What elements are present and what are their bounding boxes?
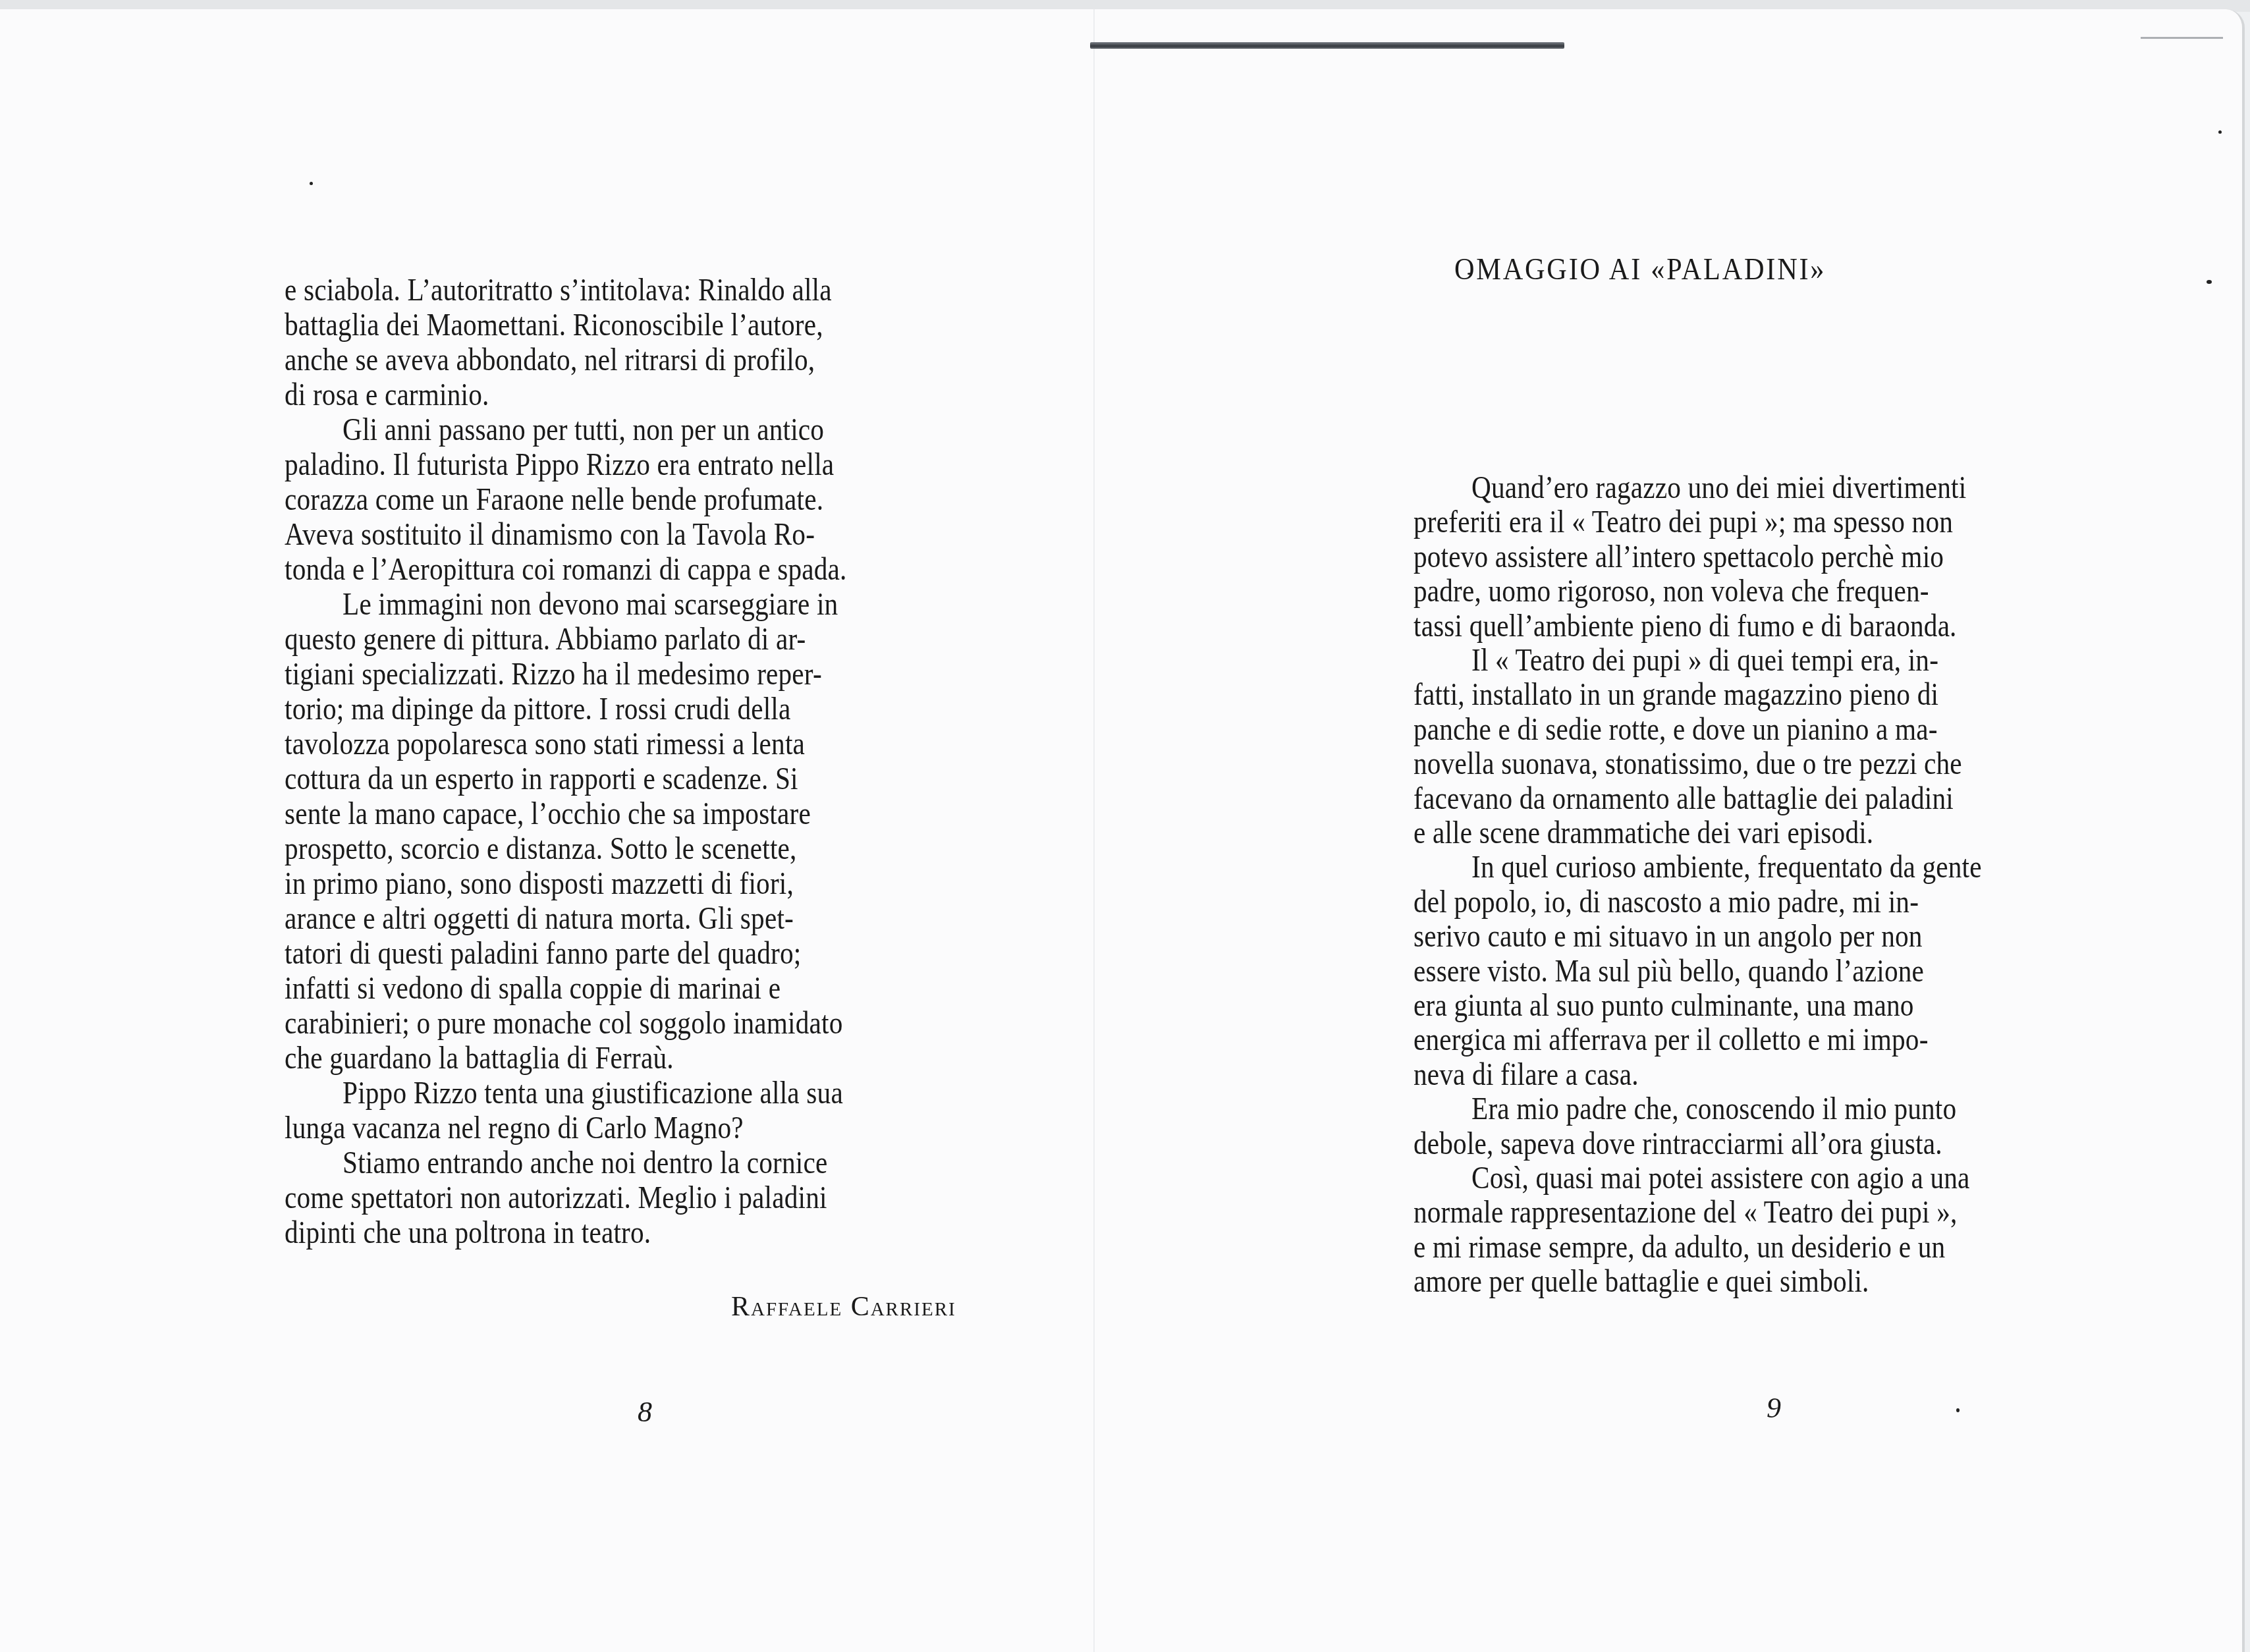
text-line: Stiamo entrando anche noi dentro la corn… <box>343 1147 827 1179</box>
text-line: Aveva sostituito il dinamismo con la Tav… <box>285 519 815 551</box>
text-line: tavolozza popolaresca sono stati rimessi… <box>285 729 805 760</box>
text-line: e mi rimase sempre, da adulto, un deside… <box>1413 1232 1945 1263</box>
text-line: battaglia dei Maomettani. Riconoscibile … <box>285 310 823 341</box>
text-line: in primo piano, sono disposti mazzetti d… <box>285 868 794 900</box>
text-line: prospetto, scorcio e distanza. Sotto le … <box>285 833 797 865</box>
scan-artifact-stroke <box>1090 42 1564 49</box>
chapter-title: OMAGGIO AI «PALADINI» <box>1454 252 1826 287</box>
text-line: di rosa e carminio. <box>285 379 489 411</box>
text-line: Così, quasi mai potei assistere con agio… <box>1471 1163 1970 1194</box>
text-line: tigiani specializzati. Rizzo ha il medes… <box>285 659 822 690</box>
text-line: infatti si vedono di spalla coppie di ma… <box>285 973 781 1005</box>
scan-artifact-stroke <box>2141 37 2223 39</box>
text-line: come spettatori non autorizzati. Meglio … <box>285 1182 827 1214</box>
page-number-right: 9 <box>1767 1391 1781 1425</box>
text-line: paladino. Il futurista Pippo Rizzo era e… <box>285 449 834 481</box>
text-line: normale rappresentazione del « Teatro de… <box>1413 1197 1957 1228</box>
text-line: energica mi afferrava per il colletto e … <box>1413 1024 1929 1056</box>
scan-speck <box>1956 1408 1960 1412</box>
text-line: facevano da ornamento alle battaglie dei… <box>1413 783 1954 815</box>
text-line: Era mio padre che, conoscendo il mio pun… <box>1471 1093 1956 1125</box>
text-line: del popolo, io, di nascosto a mio padre,… <box>1413 887 1919 918</box>
author-signature: Raffaele Carrieri <box>731 1291 956 1323</box>
text-line: fatti, installato in un grande magazzino… <box>1413 679 1938 711</box>
text-line: che guardano la battaglia di Ferraù. <box>285 1043 674 1074</box>
text-line: neva di filare a casa. <box>1413 1059 1639 1091</box>
text-line: amore per quelle battaglie e quei simbol… <box>1413 1266 1869 1298</box>
scan-speck <box>1468 273 1471 275</box>
text-line: serivo cauto e mi situavo in un angolo p… <box>1413 921 1923 952</box>
text-line: Le immagini non devono mai scarseggiare … <box>343 589 838 620</box>
text-line: potevo assistere all’intero spettacolo p… <box>1413 541 1944 573</box>
text-line: debole, sapeva dove rintracciarmi all’or… <box>1413 1128 1942 1160</box>
text-line: Il « Teatro dei pupi » di quei tempi era… <box>1471 645 1938 676</box>
text-line: Quand’ero ragazzo uno dei miei divertime… <box>1471 472 1966 504</box>
text-line: e sciabola. L’autoritratto s’intitolava:… <box>285 275 832 306</box>
text-line: e alle scene drammatiche dei vari episod… <box>1413 817 1873 849</box>
text-line: novella suonava, stonatissimo, due o tre… <box>1413 748 1962 780</box>
text-line: tonda e l’Aeropittura coi romanzi di cap… <box>285 554 847 586</box>
text-line: corazza come un Faraone nelle bende prof… <box>285 484 823 516</box>
page-number-left: 8 <box>638 1395 652 1429</box>
text-line: dipinti che una poltrona in teatro. <box>285 1217 651 1249</box>
text-line: sente la mano capace, l’occhio che sa im… <box>285 798 811 830</box>
text-line: panche e di sedie rotte, e dove un piani… <box>1413 714 1938 746</box>
text-line: questo genere di pittura. Abbiamo parlat… <box>285 624 806 655</box>
text-line: era giunta al suo punto culminante, una … <box>1413 990 1914 1022</box>
text-line: essere visto. Ma sul più bello, quando l… <box>1413 956 1924 987</box>
text-line: tassi quell’ambiente pieno di fumo e di … <box>1413 611 1957 642</box>
text-line: lunga vacanza nel regno di Carlo Magno? <box>285 1113 744 1144</box>
text-line: preferiti era il « Teatro dei pupi »; ma… <box>1413 507 1953 538</box>
text-line: tatori di questi paladini fanno parte de… <box>285 938 801 970</box>
book-gutter <box>1093 9 1095 1652</box>
text-line: anche se aveva abbondato, nel ritrarsi d… <box>285 344 815 376</box>
scan-speck <box>310 182 313 185</box>
text-line: arance e altri oggetti di natura morta. … <box>285 903 794 935</box>
text-line: In quel curioso ambiente, frequentato da… <box>1471 852 1982 883</box>
text-line: torio; ma dipinge da pittore. I rossi cr… <box>285 694 790 725</box>
text-line: padre, uomo rigoroso, non voleva che fre… <box>1413 576 1929 607</box>
text-line: Pippo Rizzo tenta una giustificazione al… <box>343 1078 843 1109</box>
scan-speck <box>2207 280 2212 284</box>
scan-speck <box>2218 130 2222 134</box>
text-line: Gli anni passano per tutti, non per un a… <box>343 414 824 446</box>
text-line: carabinieri; o pure monache col soggolo … <box>285 1008 843 1039</box>
text-line: cottura da un esperto in rapporti e scad… <box>285 763 798 795</box>
